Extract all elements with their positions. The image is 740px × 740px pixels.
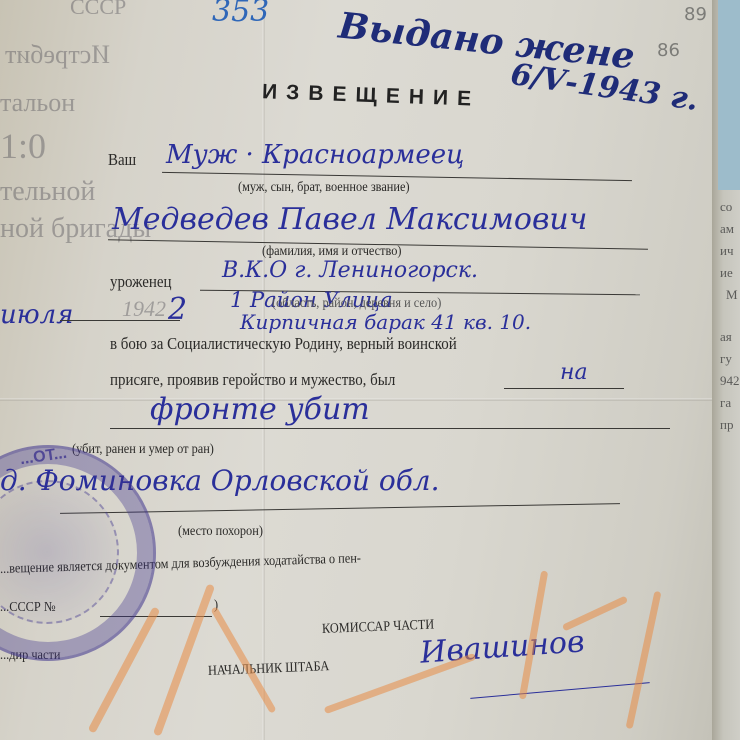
death-month-fragment: июля xyxy=(0,300,73,330)
faint-print-line: 1:0 xyxy=(0,125,46,167)
sheet-text-fragment: гу xyxy=(720,352,732,366)
orange-pencil-stroke xyxy=(324,653,477,714)
death-day-fragment: 2 xyxy=(168,292,187,327)
year-print-fragment: 1942 xyxy=(122,296,166,322)
sheet-text-fragment: пр xyxy=(720,418,733,432)
document-sheet: СССР Истребит тальон 1:0 тельной ной бри… xyxy=(0,0,712,740)
orange-pencil-stroke xyxy=(153,583,215,736)
sheet-text-fragment: ич xyxy=(720,244,734,258)
orange-pencil-stroke xyxy=(562,596,628,632)
birthplace-value-line1: В.К.О г. Лениногорск. xyxy=(222,258,478,283)
signature-underline xyxy=(470,682,649,699)
faint-print-line: Истребит xyxy=(5,40,110,70)
relation-caption: (муж, сын, брат, военное звание) xyxy=(238,180,410,196)
sheet-text-fragment: М xyxy=(726,288,738,302)
relation-prefix: Ваш xyxy=(108,150,136,170)
chief-of-staff-label: НАЧАЛЬНИК ШТАБА xyxy=(208,659,330,680)
status-value-part2: фронте убит xyxy=(150,392,370,427)
status-underline xyxy=(110,428,670,429)
document-title: ИЗВЕЩЕНИЕ xyxy=(262,80,481,112)
faint-print-line: СССР xyxy=(70,0,126,20)
sheet-text-fragment: ие xyxy=(720,266,733,280)
pencil-number: 86 xyxy=(657,40,680,61)
birthplace-prefix: уроженец xyxy=(110,272,172,292)
faint-print-line: тальон xyxy=(0,88,75,118)
blue-paper-edge xyxy=(718,0,740,190)
pencil-number: 89 xyxy=(684,4,707,25)
relation-value: Муж · Красноармеец xyxy=(166,140,464,170)
orange-pencil-stroke xyxy=(626,591,662,729)
handwritten-issued-note: Выдано жене xyxy=(337,5,637,78)
faint-print-line: тельной xyxy=(0,176,95,208)
sheet-text-fragment: га xyxy=(720,396,731,410)
sheet-text-fragment: ая xyxy=(720,330,732,344)
body-text-line1: в бою за Социалистическую Родину, верный… xyxy=(110,334,457,354)
commissar-label: КОМИССАР ЧАСТИ xyxy=(322,618,435,638)
handwritten-number: 353 xyxy=(212,0,269,29)
sheet-text-fragment: ам xyxy=(720,222,734,236)
orange-pencil-stroke xyxy=(210,606,276,713)
sheet-text-fragment: со xyxy=(720,200,732,214)
underlying-sheet: со ам ич ие М ая гу 942 га пр xyxy=(712,0,740,740)
burial-caption: (место похорон) xyxy=(178,524,263,540)
body-text-line2: присяге, проявив геройство и мужество, б… xyxy=(110,370,395,390)
sheet-text-fragment: 942 xyxy=(720,374,740,388)
status-underline-short xyxy=(504,388,624,389)
status-value-part1: на xyxy=(560,360,588,385)
birthplace-value-line3: Кирпичная барак 41 кв. 10. xyxy=(240,310,531,334)
full-name-value: Медведев Павел Максимович xyxy=(112,202,587,237)
